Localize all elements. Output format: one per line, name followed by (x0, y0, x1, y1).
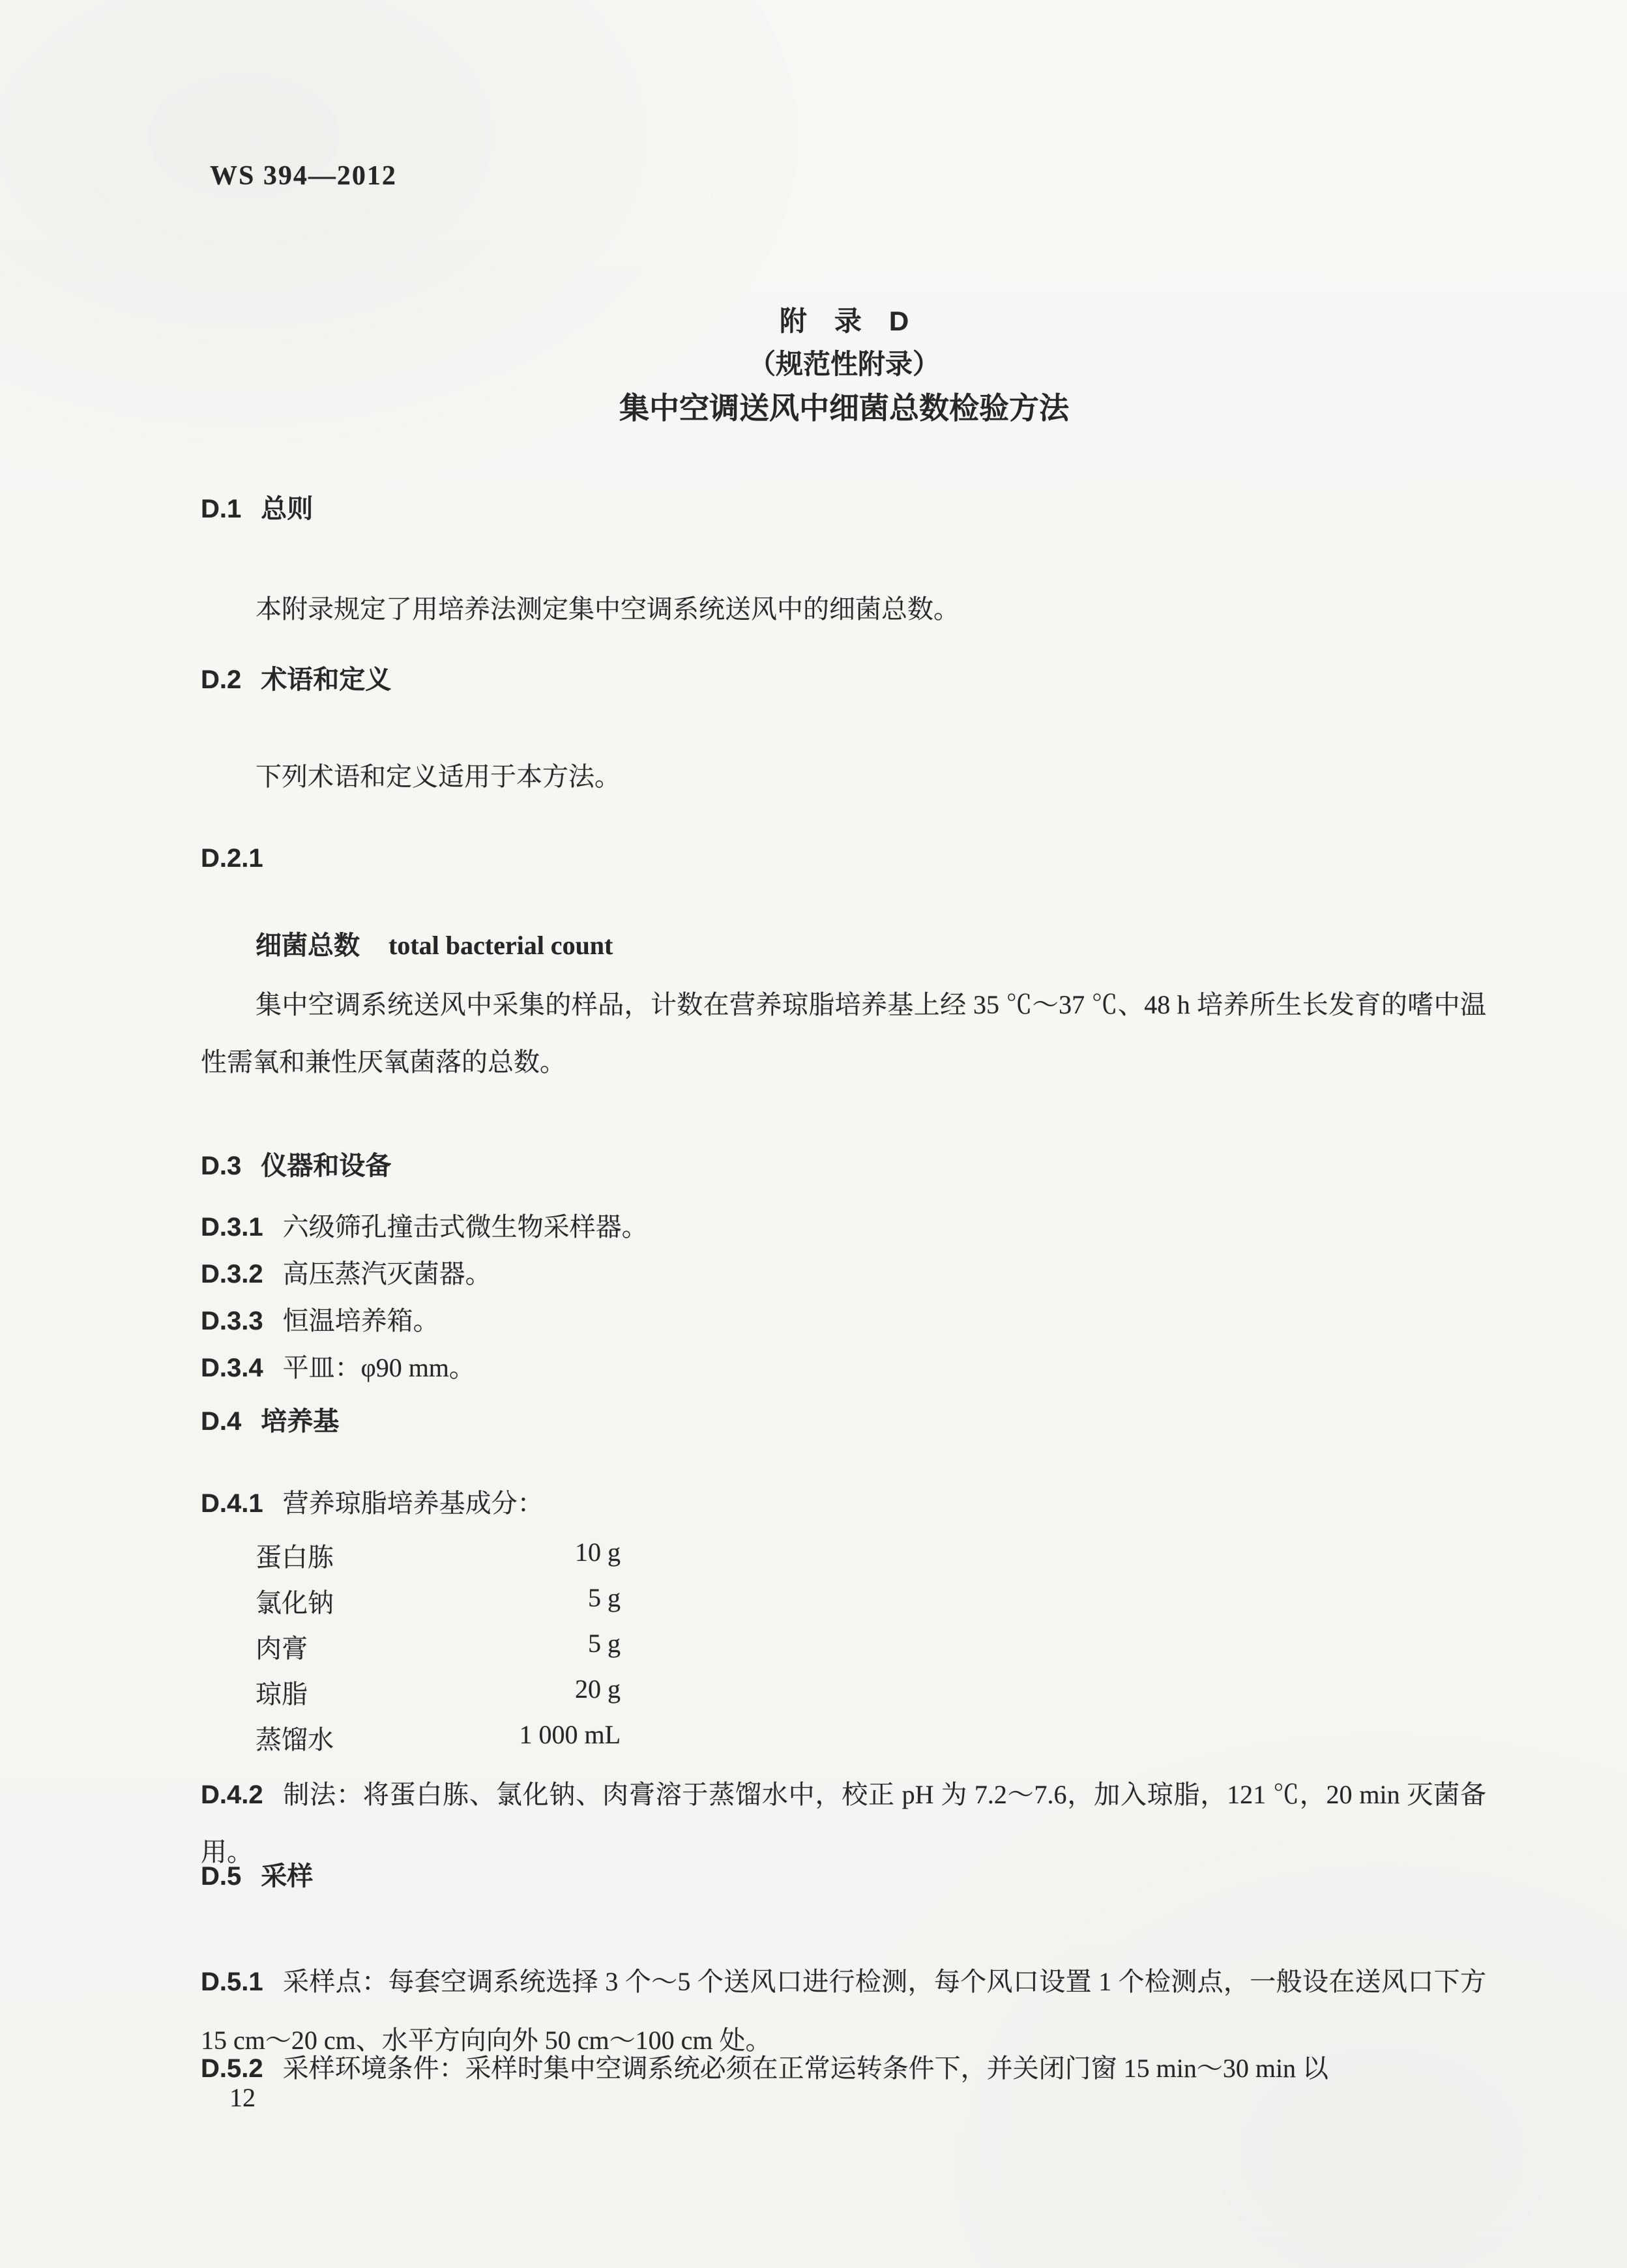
equipment-item-text: 恒温培养箱。 (283, 1306, 439, 1335)
section-d1-heading: D.1总则 (201, 494, 313, 524)
section-d21-number: D.2.1 (201, 843, 263, 873)
section-d21-body: 集中空调系统送风中采集的样品，计数在营养琼脂培养基上经 35 ℃～37 ℃、48… (201, 976, 1486, 1091)
subsection-d42-text: 制法：将蛋白胨、氯化钠、肉膏溶于蒸馏水中，校正 pH 为 7.2～7.6，加入琼… (201, 1780, 1486, 1867)
equipment-item-number: D.3.2 (201, 1260, 263, 1288)
section-d4-heading: D.4培养基 (201, 1406, 339, 1436)
equipment-item: D.3.1六级筛孔撞击式微生物采样器。 (201, 1212, 648, 1242)
ingredient-row: 氯化钠5 g (256, 1582, 621, 1620)
ingredient-row: 肉膏5 g (256, 1628, 621, 1665)
ingredient-amount: 1 000 mL (519, 1719, 621, 1756)
page-number: 12 (229, 2083, 256, 2113)
equipment-item-text: 六级筛孔撞击式微生物采样器。 (283, 1212, 648, 1242)
ingredient-amount: 10 g (575, 1537, 621, 1574)
subsection-d52-number: D.5.2 (201, 2054, 263, 2083)
section-d1-number: D.1 (201, 495, 241, 523)
section-d3-title: 仪器和设备 (261, 1152, 391, 1180)
appendix-main-title: 集中空调送风中细菌总数检验方法 (202, 385, 1486, 428)
equipment-item: D.3.2高压蒸汽灭菌器。 (201, 1259, 491, 1289)
subsection-d41: D.4.1营养琼脂培养基成分： (201, 1489, 544, 1519)
section-d5-number: D.5 (201, 1862, 241, 1891)
section-d2-number: D.2 (201, 665, 241, 694)
section-d2-heading: D.2术语和定义 (201, 665, 391, 695)
ingredient-amount: 20 g (575, 1674, 621, 1711)
equipment-item-number: D.3.3 (201, 1307, 263, 1335)
ingredient-row: 蛋白胨10 g (256, 1537, 621, 1574)
ingredient-name: 氯化钠 (256, 1582, 334, 1620)
section-d5-title: 采样 (261, 1862, 313, 1891)
subsection-d42: D.4.2制法：将蛋白胨、氯化钠、肉膏溶于蒸馏水中，校正 pH 为 7.2～7.… (201, 1766, 1486, 1881)
subsection-d41-text: 营养琼脂培养基成分： (283, 1489, 544, 1518)
section-d1-body: 本附录规定了用培养法测定集中空调系统送风中的细菌总数。 (201, 581, 1486, 638)
subsection-d51-number: D.5.1 (201, 1968, 263, 1996)
ingredient-amount: 5 g (588, 1628, 621, 1665)
term-chinese: 细菌总数 (256, 931, 360, 960)
ingredient-row: 蒸馏水1 000 mL (203, 1719, 621, 1756)
section-d2-title: 术语和定义 (261, 665, 391, 694)
section-d4-number: D.4 (201, 1407, 241, 1436)
section-d4-title: 培养基 (261, 1407, 339, 1436)
section-d3-heading: D.3仪器和设备 (201, 1151, 391, 1181)
equipment-item: D.3.4平皿：φ90 mm。 (201, 1353, 475, 1383)
ingredient-name: 蛋白胨 (256, 1537, 334, 1574)
ingredient-amount: 5 g (588, 1582, 621, 1620)
section-d3-number: D.3 (201, 1152, 241, 1180)
equipment-item-number: D.3.1 (201, 1213, 263, 1242)
equipment-item-text: 高压蒸汽灭菌器。 (283, 1259, 491, 1288)
section-d1-title: 总则 (261, 495, 313, 523)
equipment-item: D.3.3恒温培养箱。 (201, 1306, 439, 1336)
section-d5-heading: D.5采样 (201, 1861, 313, 1891)
subsection-d41-number: D.4.1 (201, 1489, 263, 1518)
ingredient-name: 肉膏 (256, 1628, 308, 1665)
ingredient-row: 琼脂20 g (256, 1674, 621, 1711)
equipment-item-number: D.3.4 (201, 1354, 263, 1382)
ingredient-name: 蒸馏水 (203, 1719, 334, 1756)
term-definition-line: 细菌总数total bacterial count (256, 931, 613, 961)
scanned-document-page: WS 394—2012 附 录 D （规范性附录） 集中空调送风中细菌总数检验方… (0, 0, 1627, 2268)
term-english: total bacterial count (388, 931, 613, 960)
section-d2-body: 下列术语和定义适用于本方法。 (201, 748, 1486, 806)
equipment-item-text: 平皿：φ90 mm。 (283, 1353, 475, 1382)
appendix-title: 附 录 D (202, 300, 1486, 339)
subsection-d42-number: D.4.2 (201, 1781, 263, 1809)
subsection-d52-text: 采样环境条件：采样时集中空调系统必须在正常运转条件下，并关闭门窗 15 min～… (283, 2054, 1328, 2083)
subsection-d52: D.5.2采样环境条件：采样时集中空调系统必须在正常运转条件下，并关闭门窗 15… (201, 2040, 1486, 2097)
ingredient-name: 琼脂 (256, 1674, 308, 1711)
appendix-subtitle-normative: （规范性附录） (202, 343, 1486, 382)
page-header-standard-number: WS 394—2012 (210, 160, 397, 192)
